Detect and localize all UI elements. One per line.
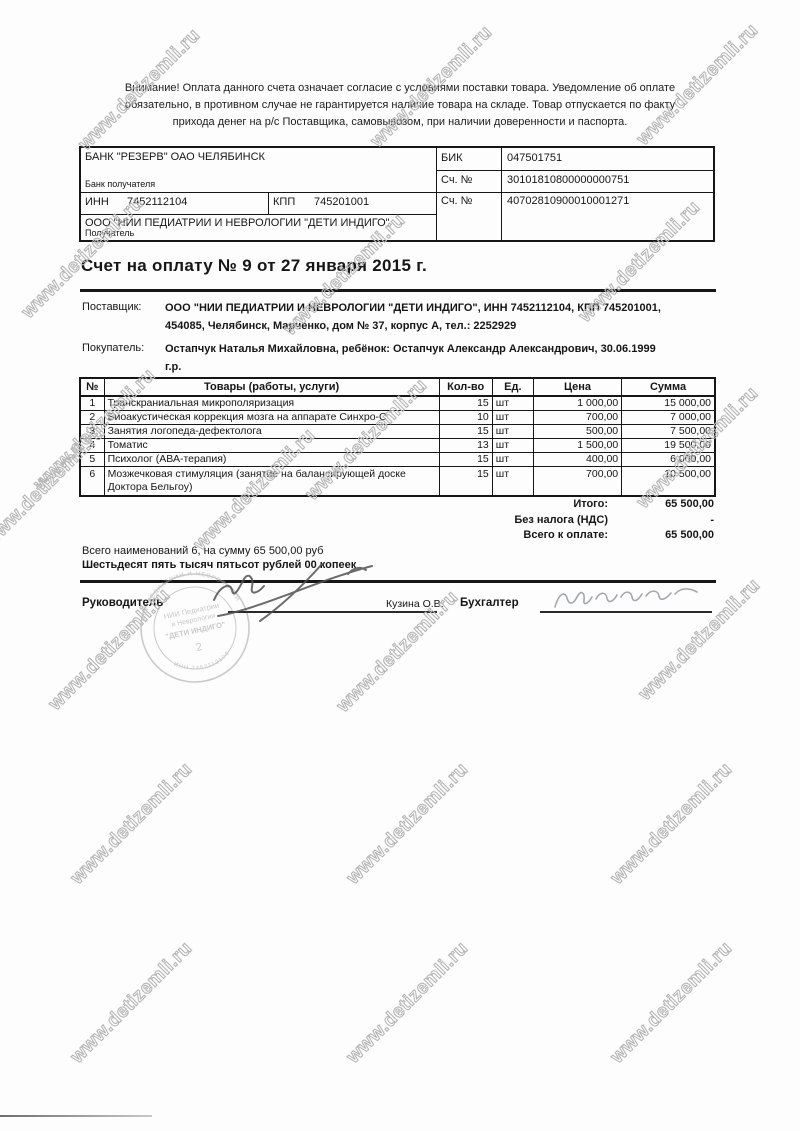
tax-label: Без налога (НДС) [400,513,608,529]
watermark: www.detizemli.ru [67,759,197,889]
kpp-label: КПП [273,196,295,208]
bank-name-label: Банк получателя [85,179,155,189]
item-unit: шт [492,396,533,411]
item-sum: 7 500,00 [622,425,715,439]
bank-table-divider [268,192,269,214]
subtotal-label: Итого: [400,497,608,513]
recipient-label: Получатель [85,228,134,238]
inn-label: ИНН [85,196,109,208]
watermark: www.detizemli.ru [607,938,737,1068]
col-header-sum: Сумма [622,378,715,396]
bank-table-divider [436,170,713,171]
director-label: Руководитель [82,597,163,609]
bank-details-table: БАНК "РЕЗЕРВ" ОАО ЧЕЛЯБИНСК Банк получат… [79,146,715,242]
item-unit: шт [492,439,533,453]
item-row-2: 2 Биоакустическая коррекция мозга на апп… [80,411,715,425]
col-header-price: Цена [533,378,621,396]
item-qty: 15 [439,425,492,439]
item-sum: 7 000,00 [622,411,715,425]
item-unit: шт [492,411,533,425]
item-number: 5 [80,453,104,467]
col-header-number: № [80,378,104,396]
item-row-1: 1 Транскраниальная микрополяризация 15 ш… [80,396,715,411]
bik-value: 047501751 [507,152,562,164]
notice-line-3: прихода денег на р/с Поставщика, самовыв… [95,114,705,131]
corr-account-value: 30101810800000000751 [507,174,629,186]
inn-value: 7452112104 [127,196,187,208]
account-label: Сч. № [441,195,472,207]
account-value: 40702810900010001271 [507,195,629,207]
bank-name: БАНК "РЕЗЕРВ" ОАО ЧЕЛЯБИНСК [85,151,265,163]
payment-notice: Внимание! Оплата данного счета означает … [95,80,705,131]
items-header-row: № Товары (работы, услуги) Кол-во Ед. Цен… [80,378,715,396]
item-number: 4 [80,439,104,453]
bank-table-divider [81,192,713,193]
watermark: www.detizemli.ru [67,938,197,1068]
item-price: 1 500,00 [533,439,621,453]
bank-table-divider [501,148,502,240]
kpp-value: 745201001 [314,196,369,208]
director-signature [200,558,380,628]
item-number: 3 [80,425,104,439]
stamp-line-4: 2 [195,641,203,654]
scan-artifact-line [0,1115,152,1117]
title-divider [80,289,716,292]
item-sum: 19 500,00 [622,439,715,453]
item-price: 500,00 [533,425,621,439]
item-row-5: 5 Психолог (АВА-терапия) 15 шт 400,00 6 … [80,453,715,467]
item-number: 6 [80,467,104,497]
accountant-label: Бухгалтер [460,597,519,609]
watermark: www.detizemli.ru [343,938,473,1068]
watermark: www.detizemli.ru [343,759,473,889]
item-number: 1 [80,396,104,411]
item-row-4: 4 Томатис 13 шт 1 500,00 19 500,00 [80,439,715,453]
item-price: 1 000,00 [533,396,621,411]
corr-account-label: Сч. № [441,174,472,186]
supplier-details: ООО "НИИ ПЕДИАТРИИ И НЕВРОЛОГИИ "ДЕТИ ИН… [165,300,717,335]
item-sum: 6 000,00 [622,453,715,467]
item-row-6: 6 Мозжечковая стимуляция (занятие на бал… [80,467,715,497]
bank-table-divider [436,148,437,240]
item-qty: 13 [439,439,492,453]
item-row-3: 3 Занятия логопеда-дефектолога 15 шт 500… [80,425,715,439]
subtotal-value: 65 500,00 [608,497,716,513]
item-unit: шт [492,453,533,467]
item-name: Мозжечковая стимуляция (занятие на балан… [104,467,439,497]
item-name: Занятия логопеда-дефектолога [104,425,439,439]
item-price: 700,00 [533,411,621,425]
total-label: Всего к оплате: [400,528,608,544]
item-qty: 10 [439,411,492,425]
invoice-document: Внимание! Оплата данного счета означает … [0,0,800,1131]
buyer-details: Остапчук Наталья Михайловна, ребёнок: Ос… [165,341,717,376]
item-number: 2 [80,411,104,425]
item-price: 700,00 [533,467,621,497]
items-count-line: Всего наименований 6, на сумму 65 500,00… [82,545,323,557]
item-qty: 15 [439,453,492,467]
item-unit: шт [492,425,533,439]
buyer-line-1: Остапчук Наталья Михайловна, ребёнок: Ос… [165,341,717,359]
tax-row: Без налога (НДС) - [400,513,716,529]
item-name: Транскраниальная микрополяризация [104,396,439,411]
buyer-label: Покупатель: [82,342,144,354]
notice-line-2: обязательно, в противном случае не гаран… [95,97,705,114]
totals-block: Итого: 65 500,00 Без налога (НДС) - Всег… [400,497,716,544]
item-sum: 10 500,00 [622,467,715,497]
item-sum: 15 000,00 [622,396,715,411]
item-unit: шт [492,467,533,497]
invoice-title: Счет на оплату № 9 от 27 января 2015 г. [81,256,427,276]
subtotal-row: Итого: 65 500,00 [400,497,716,513]
item-price: 400,00 [533,453,621,467]
col-header-qty: Кол-во [439,378,492,396]
director-name: Кузина О.В. [386,598,444,610]
item-qty: 15 [439,467,492,497]
item-name: Томатис [104,439,439,453]
supplier-label: Поставщик: [82,301,141,313]
accountant-signature [550,585,705,615]
col-header-goods: Товары (работы, услуги) [104,378,439,396]
watermark: www.detizemli.ru [607,759,737,889]
bik-label: БИК [441,152,463,164]
total-row: Всего к оплате: 65 500,00 [400,528,716,544]
supplier-line-2: 454085, Челябинск, Марченко, дом № 37, к… [165,318,717,336]
item-name: Биоакустическая коррекция мозга на аппар… [104,411,439,425]
bank-table-divider [81,214,437,215]
buyer-line-2: г.р. [165,359,717,377]
item-qty: 15 [439,396,492,411]
items-table: № Товары (работы, услуги) Кол-во Ед. Цен… [79,377,716,497]
col-header-unit: Ед. [492,378,533,396]
tax-value: - [608,513,716,529]
supplier-line-1: ООО "НИИ ПЕДИАТРИИ И НЕВРОЛОГИИ "ДЕТИ ИН… [165,300,717,318]
notice-line-1: Внимание! Оплата данного счета означает … [95,80,705,97]
total-value: 65 500,00 [608,528,716,544]
item-name: Психолог (АВА-терапия) [104,453,439,467]
